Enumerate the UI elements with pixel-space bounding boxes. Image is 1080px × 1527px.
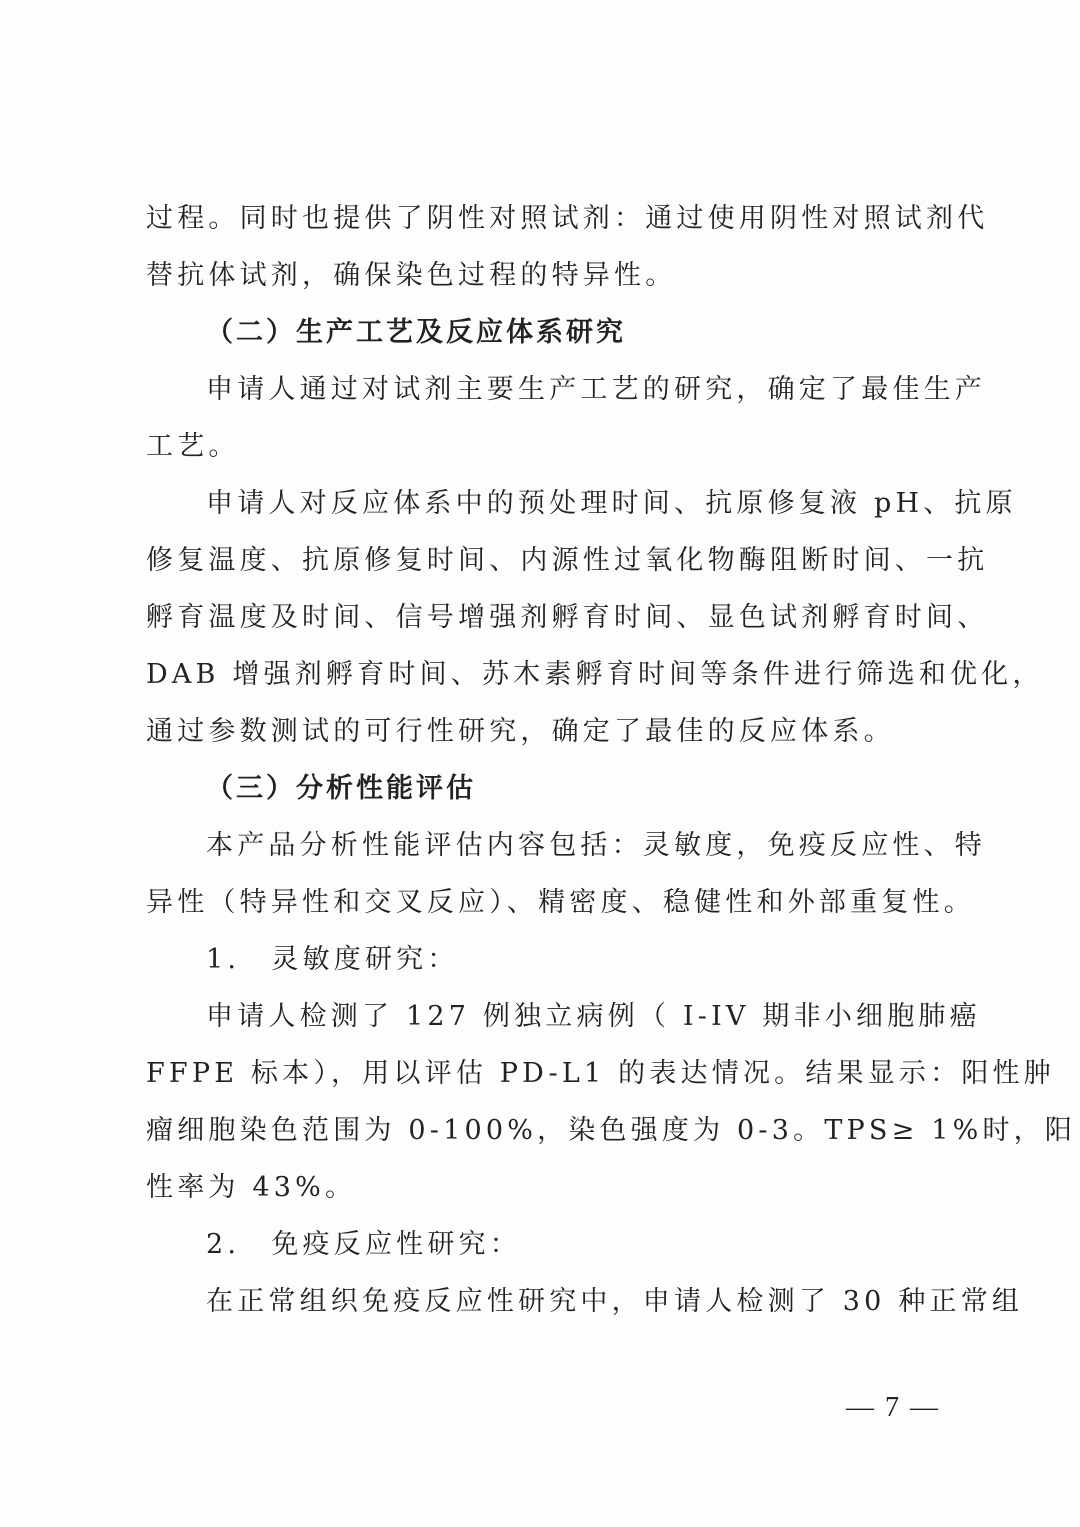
section-heading-2: （二）生产工艺及反应体系研究 xyxy=(206,304,626,362)
paragraph-line: 申请人检测了 127 例独立病例（ I-IV 期非小细胞肺癌 xyxy=(206,988,981,1046)
page-number: — 7 — xyxy=(846,1388,940,1428)
paragraph-line: 孵育温度及时间、信号增强剂孵育时间、显色试剂孵育时间、 xyxy=(146,589,988,647)
paragraph-line: 本产品分析性能评估内容包括：灵敏度，免疫反应性、特 xyxy=(206,817,986,875)
paragraph-line: 性率为 43%。 xyxy=(146,1159,356,1217)
paragraph-line: 申请人通过对试剂主要生产工艺的研究，确定了最佳生产 xyxy=(206,361,986,419)
section-heading-3: （三）分析性能评估 xyxy=(206,760,476,818)
subsection-heading-sensitivity: 1. 灵敏度研究： xyxy=(206,931,459,989)
subsection-heading-immunoreactivity: 2. 免疫反应性研究： xyxy=(206,1216,521,1274)
paragraph-line: 替抗体试剂，确保染色过程的特异性。 xyxy=(146,247,676,305)
paragraph-line: 修复温度、抗原修复时间、内源性过氧化物酶阻断时间、一抗 xyxy=(146,532,988,590)
paragraph-line: FFPE 标本），用以评估 PD-L1 的表达情况。结果显示：阳性肿 xyxy=(146,1045,1055,1103)
paragraph-line: 申请人对反应体系中的预处理时间、抗原修复液 pH、抗原 xyxy=(206,475,1017,533)
paragraph-line: 过程。同时也提供了阴性对照试剂：通过使用阴性对照试剂代 xyxy=(146,190,988,248)
paragraph-line: 在正常组织免疫反应性研究中，申请人检测了 30 种正常组 xyxy=(206,1273,1023,1331)
paragraph-line: 瘤细胞染色范围为 0-100%，染色强度为 0-3。TPS≥ 1%时，阳 xyxy=(146,1102,1076,1160)
paragraph-line: 工艺。 xyxy=(146,418,240,476)
paragraph-line: DAB 增强剂孵育时间、苏木素孵育时间等条件进行筛选和优化， xyxy=(146,646,1044,704)
paragraph-line: 异性（特异性和交叉反应）、精密度、稳健性和外部重复性。 xyxy=(146,874,975,932)
paragraph-line: 通过参数测试的可行性研究，确定了最佳的反应体系。 xyxy=(146,703,895,761)
